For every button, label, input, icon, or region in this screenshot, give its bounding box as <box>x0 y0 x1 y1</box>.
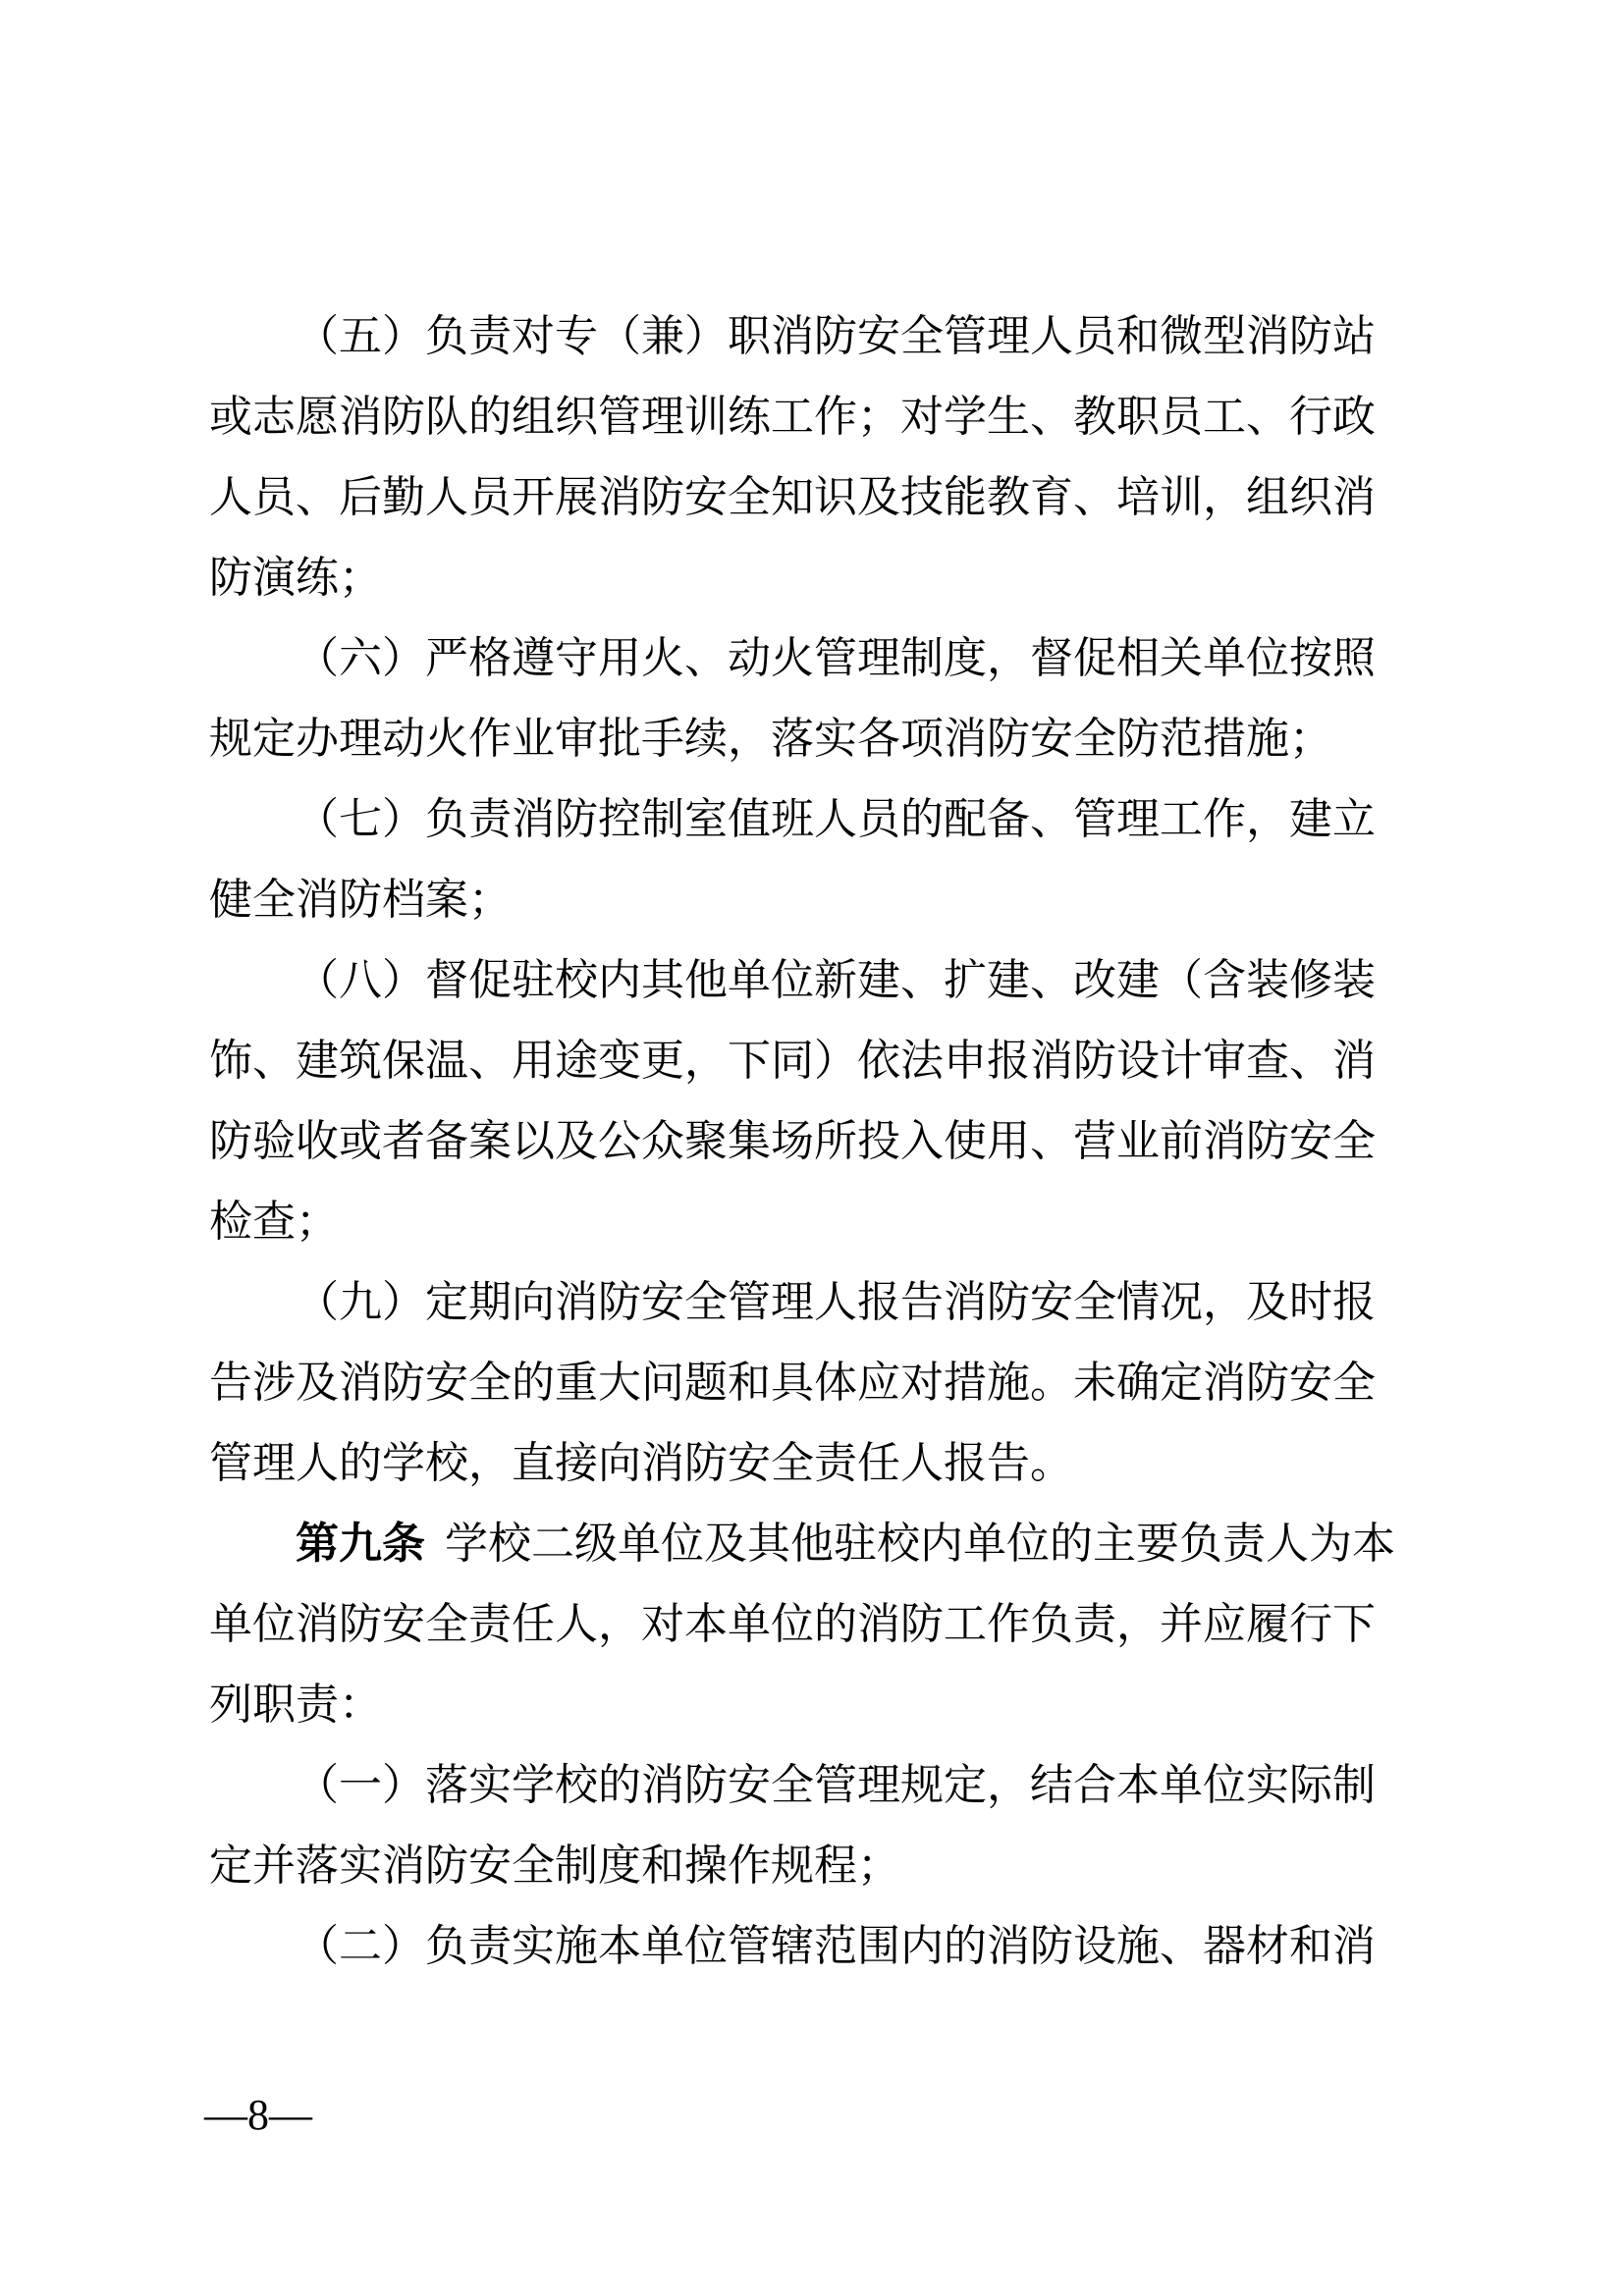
text-line-article9-2: 单位消防安全责任人，对本单位的消防工作负责，并应履行下 <box>209 1584 1427 1665</box>
text-line-article9-1: 第九条学校二级单位及其他驻校内单位的主要负责人为本 <box>209 1504 1427 1584</box>
document-body: （五）负责对专（兼）职消防安全管理人员和微型消防站 或志愿消防队的组织管理训练工… <box>209 296 1427 1987</box>
text-line-item9-1: （九）定期向消防安全管理人报告消防安全情况，及时报 <box>209 1262 1427 1343</box>
text-line-duty2-1: （二）负责实施本单位管辖范围内的消防设施、器材和消 <box>209 1906 1427 1987</box>
text-line-item5-4: 防演练； <box>209 538 1427 618</box>
text-line-item6-2: 规定办理动火作业审批手续，落实各项消防安全防范措施； <box>209 699 1427 779</box>
article-number-label: 第九条 <box>296 1520 425 1568</box>
text-line-item9-2: 告涉及消防安全的重大问题和具体应对措施。未确定消防安全 <box>209 1343 1427 1423</box>
text-line-item8-1: （八）督促驻校内其他单位新建、扩建、改建（含装修装 <box>209 940 1427 1021</box>
text-line-item5-3: 人员、后勤人员开展消防安全知识及技能教育、培训，组织消 <box>209 457 1427 538</box>
text-line-item7-2: 健全消防档案； <box>209 860 1427 940</box>
document-page: （五）负责对专（兼）职消防安全管理人员和微型消防站 或志愿消防队的组织管理训练工… <box>0 0 1624 2296</box>
text-line-duty1-1: （一）落实学校的消防安全管理规定，结合本单位实际制 <box>209 1745 1427 1826</box>
text-line-item5-2: 或志愿消防队的组织管理训练工作；对学生、教职员工、行政 <box>209 377 1427 457</box>
text-line-item8-2: 饰、建筑保温、用途变更，下同）依法申报消防设计审查、消 <box>209 1021 1427 1101</box>
text-line-item7-1: （七）负责消防控制室值班人员的配备、管理工作，建立 <box>209 779 1427 860</box>
text-line-item8-4: 检查； <box>209 1182 1427 1262</box>
text-line-item5-1: （五）负责对专（兼）职消防安全管理人员和微型消防站 <box>209 296 1427 377</box>
text-line-item6-1: （六）严格遵守用火、动火管理制度，督促相关单位按照 <box>209 618 1427 699</box>
article9-first-line-text: 学校二级单位及其他驻校内单位的主要负责人为本 <box>445 1520 1395 1568</box>
text-line-article9-3: 列职责： <box>209 1665 1427 1745</box>
text-line-item9-3: 管理人的学校，直接向消防安全责任人报告。 <box>209 1423 1427 1504</box>
page-number: —8— <box>204 2087 312 2144</box>
text-line-item8-3: 防验收或者备案以及公众聚集场所投入使用、营业前消防安全 <box>209 1101 1427 1182</box>
text-line-duty1-2: 定并落实消防安全制度和操作规程； <box>209 1826 1427 1906</box>
